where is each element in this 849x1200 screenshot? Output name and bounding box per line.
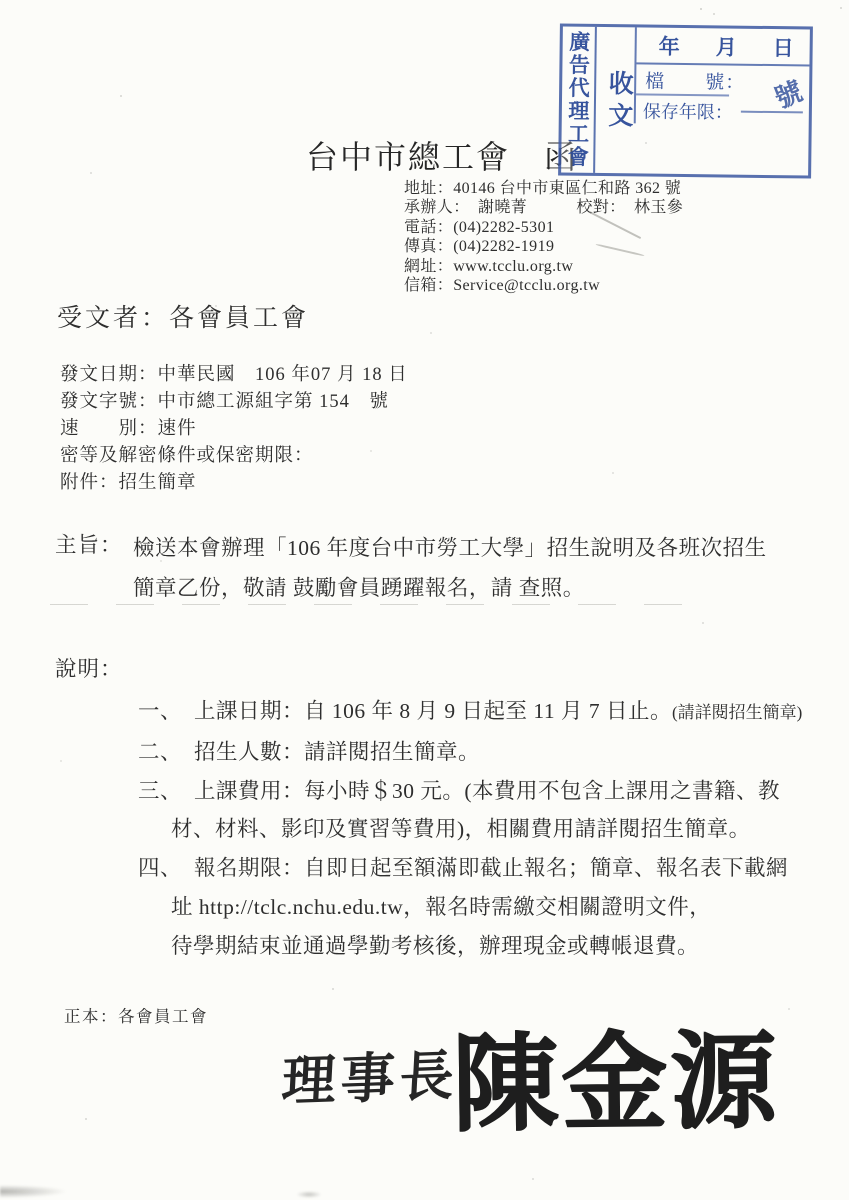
subject-line-1: 檢送本會辦理「106 年度台中市勞工大學」招生說明及各班次招生 [133,528,833,568]
meta-block: 發文日期：中華民國 106 年07 月 18 日 發文字號：中市總工源組字第 1… [60,362,408,497]
scan-crease-line [50,604,690,605]
stamp-union-name: 廣告代理工會 [562,31,594,169]
signature-name: 陳金源 [451,996,780,1151]
list-text: 待學期結束並通過學勤考核後，辦理現金或轉帳退費。 [171,934,699,958]
recipient-line: 受文者：各會員工會 [57,298,309,334]
stamp-side-label: 廣告代理工會 [561,26,597,172]
explanation-list: 一、上課日期：自 106 年 8 月 9 日起至 11 月 7 日止。(請詳閱招… [138,692,802,966]
stamp-receive-text: 收文 [596,70,637,134]
meta-line-date: 發文日期：中華民國 106 年07 月 18 日 [60,362,408,389]
list-row-4-cont-2: 待學期結束並通過學勤考核後，辦理現金或轉帳退費。 [138,927,802,966]
stamp-date-row: 年 月 日 [636,27,809,66]
signature-title: 理事長 [280,1033,461,1116]
list-number: 二、 [138,740,182,764]
list-row-4: 四、報名期限：自即日起至額滿即截止報名；簡章、報名表下載網 [138,849,802,888]
list-text: 招生人數：請詳閱招生簡章。 [194,740,480,764]
stamp-retention-label: 保存年限： [643,97,733,124]
subject-line-2: 簡章乙份，敬請 鼓勵會員踴躍報名，請 查照。 [133,568,833,608]
meta-line-attachment: 附件：招生簡章 [60,470,408,497]
scan-speckles [0,0,2,2]
list-text: 材、材料、影印及實習等費用)，相關費用請詳閱招生簡章。 [171,817,751,841]
copy-line: 正本：各會員工會 [64,1003,208,1027]
stamp-empty-area [635,125,809,175]
subject-text: 檢送本會辦理「106 年度台中市勞工大學」招生說明及各班次招生 簡章乙份，敬請 … [133,528,833,608]
list-text: 址 http://tclc.nchu.edu.tw，報名時需繳交相關證明文件， [171,895,711,919]
contact-line-address: 地址：40146 台中市東區仁和路 362 號 [404,179,683,198]
contact-line-phone: 電話：(04)2282-5301 [404,218,683,237]
stamp-receive-label: 收文 [595,27,637,173]
document-title: 台中市總工會 函 [306,132,578,178]
list-row-2: 二、招生人數：請詳閱招生簡章。 [138,733,802,772]
stamp-month-label: 月 [715,31,736,61]
meta-line-security: 密等及解密條件或保密期限： [60,443,408,470]
list-row-4-cont-1: 址 http://tclc.nchu.edu.tw，報名時需繳交相關證明文件， [138,888,802,927]
subject-label: 主旨： [55,528,123,559]
list-text: 上課日期：自 106 年 8 月 9 日起至 11 月 7 日止。 [194,699,672,723]
stamp-year-label: 年 [658,30,679,60]
stamp-file-label: 檔 號： [645,67,745,95]
meta-line-priority: 速 別：速件 [60,416,408,443]
list-number: 一、 [138,699,182,723]
scanned-letter-page: 台中市總工會 函 廣告代理工會 收文 年 月 日 檔 號： 保存年限： 號 [0,0,849,1200]
list-row-3: 三、上課費用：每小時＄30 元。(本費用不包含上課用之書籍、教 [138,772,802,811]
received-stamp: 廣告代理工會 收文 年 月 日 檔 號： 保存年限： 號 [558,23,813,178]
explanation-label: 說明： [55,652,123,683]
contact-line-email: 信箱：Service@tcclu.org.tw [404,276,683,295]
list-number: 三、 [138,779,182,803]
list-text: 上課費用：每小時＄30 元。(本費用不包含上課用之書籍、教 [194,779,780,803]
stamp-main-area: 年 月 日 檔 號： 保存年限： 號 [635,27,810,175]
contact-line-website: 網址：www.tcclu.org.tw [404,257,683,276]
scan-smudge [296,1191,322,1198]
list-row-1: 一、上課日期：自 106 年 8 月 9 日起至 11 月 7 日止。(請詳閱招… [138,692,802,733]
list-number: 四、 [138,856,182,880]
stamp-day-label: 日 [772,32,793,62]
contact-line-handler: 承辦人： 謝曉菁 校對： 林玉參 [404,198,683,217]
list-note: (請詳閱招生簡章) [672,703,802,722]
list-row-3-cont: 材、材料、影印及實習等費用)，相關費用請詳閱招生簡章。 [138,810,802,849]
meta-line-refno: 發文字號：中市總工源組字第 154 號 [60,389,408,416]
list-text: 報名期限：自即日起至額滿即截止報名；簡章、報名表下載網 [194,856,788,880]
scan-smudge [0,1185,66,1198]
